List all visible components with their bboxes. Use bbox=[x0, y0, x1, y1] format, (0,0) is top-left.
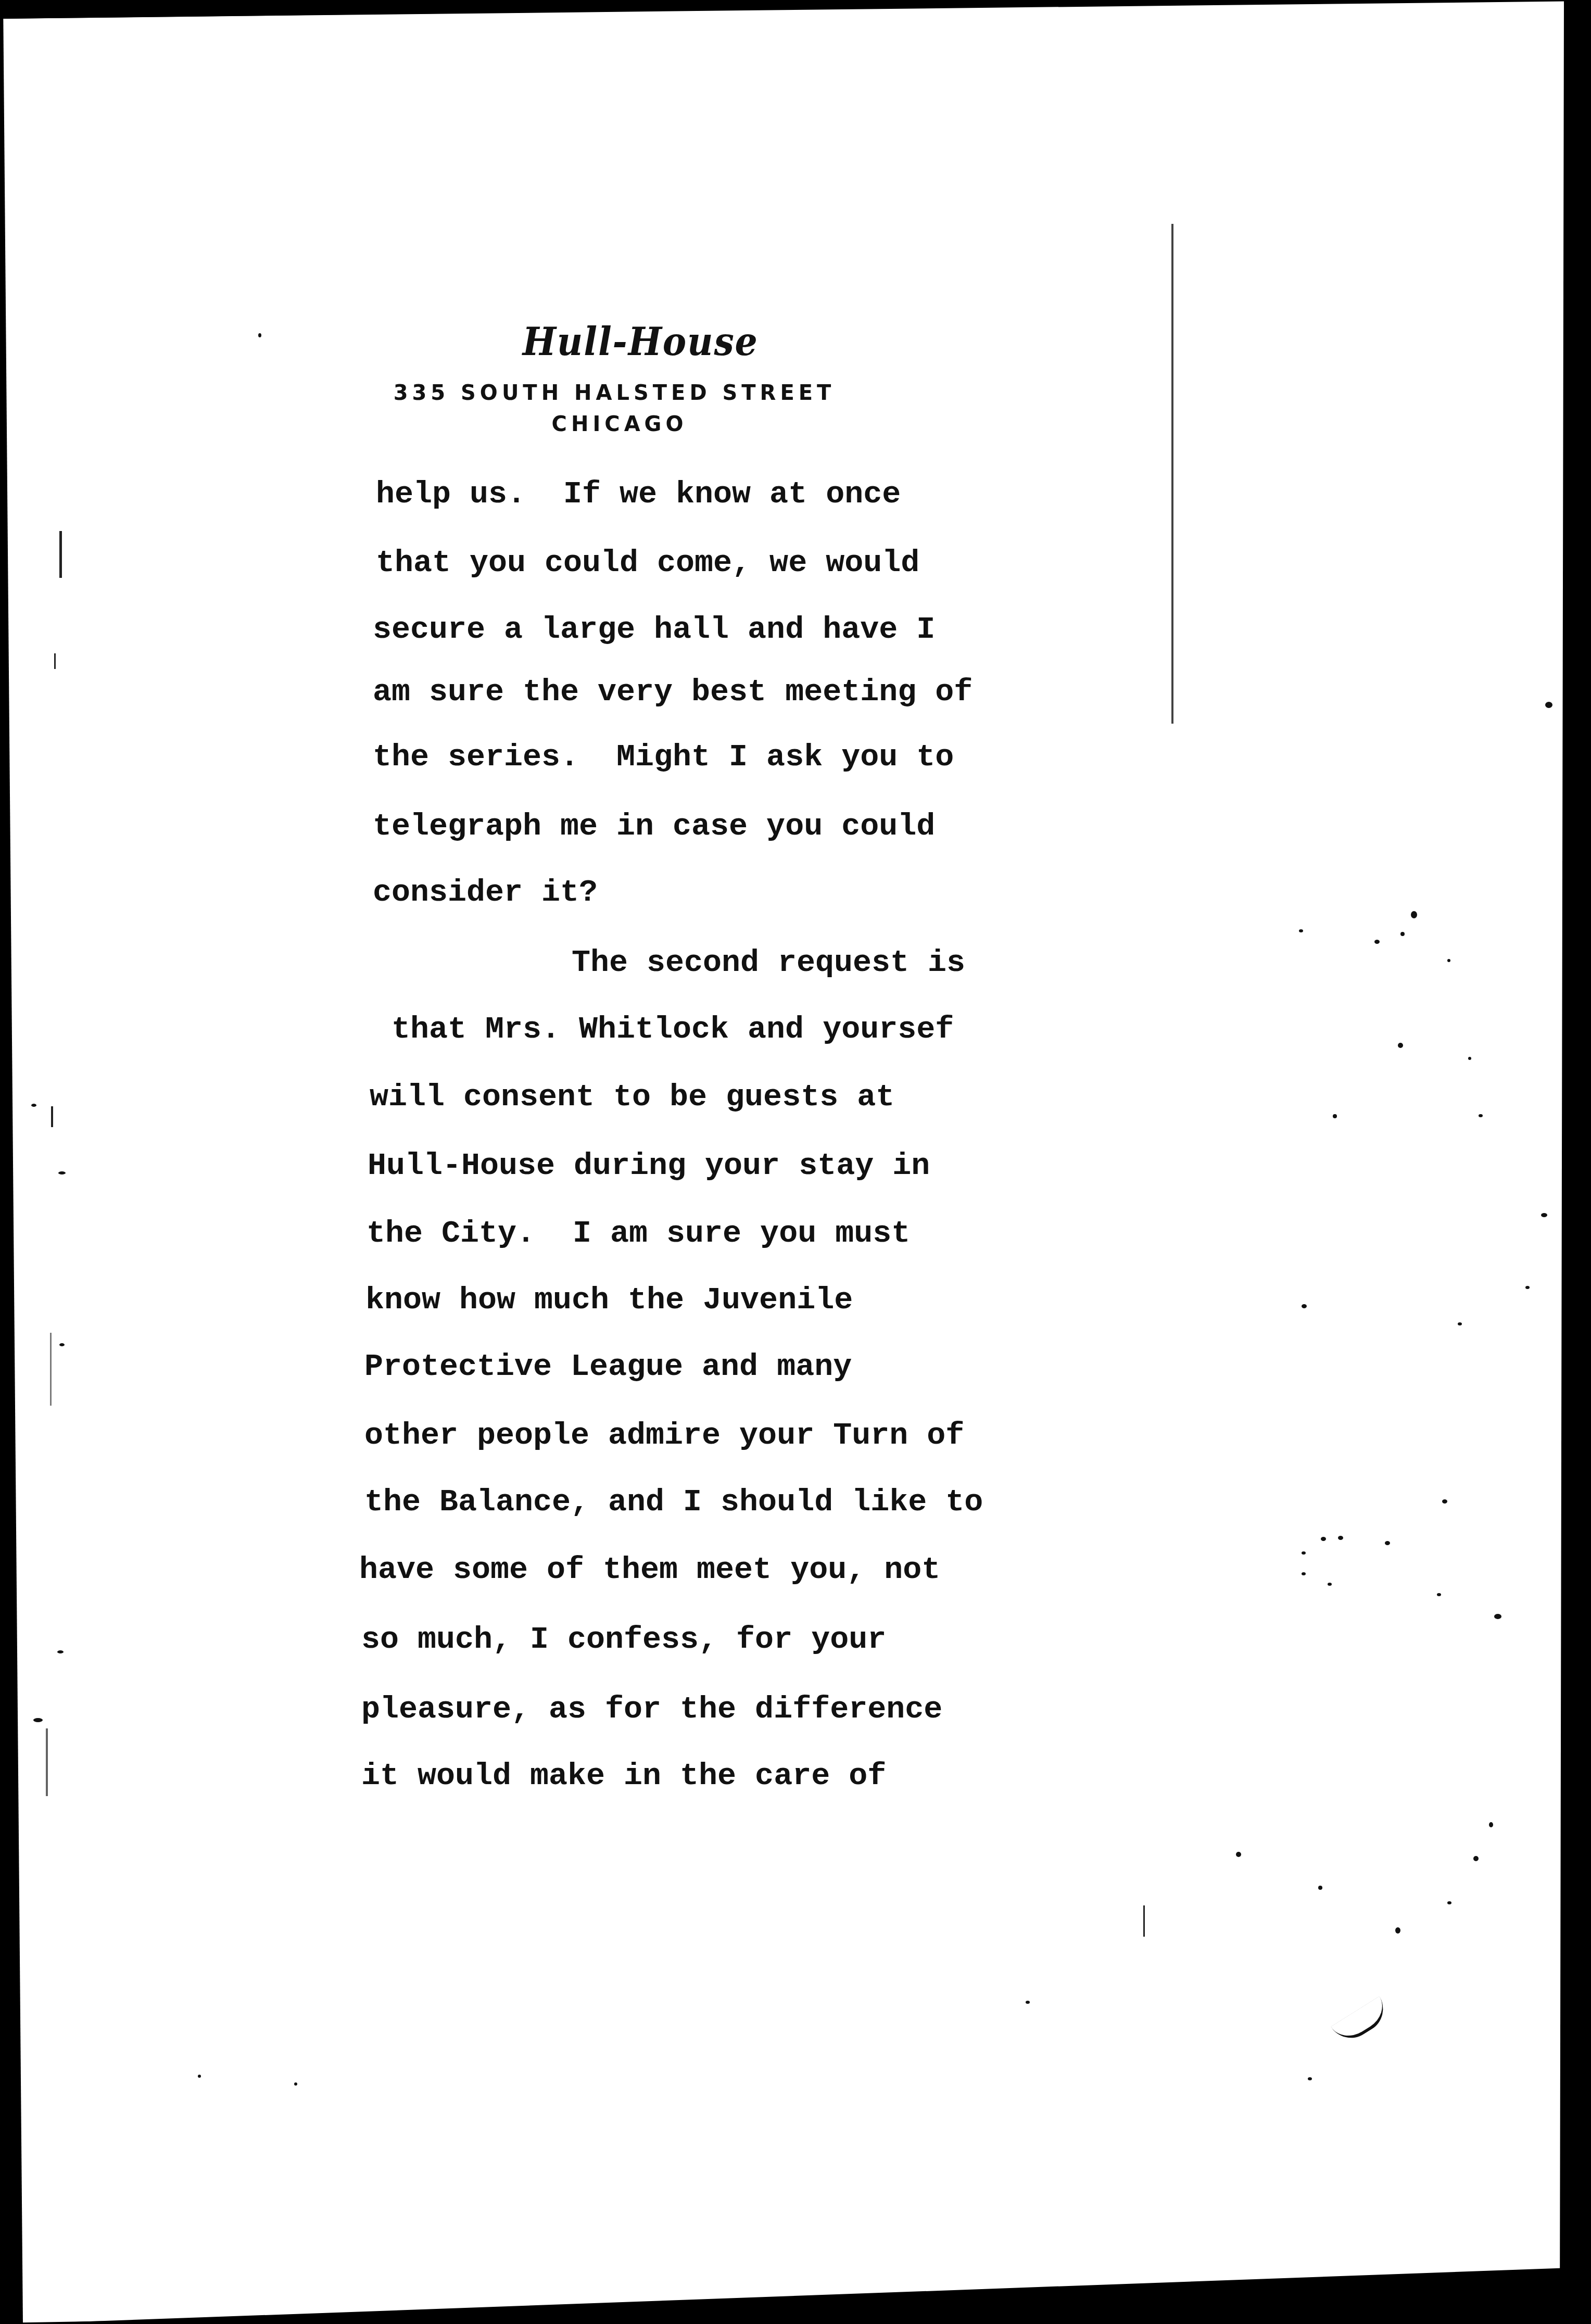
scan-speck bbox=[1302, 1304, 1307, 1308]
letter-line: the series. Might I ask you to bbox=[373, 742, 954, 773]
scan-speck bbox=[1468, 1057, 1471, 1060]
scan-speck bbox=[1321, 1537, 1326, 1541]
scan-speck bbox=[1338, 1536, 1343, 1540]
scan-speck bbox=[1374, 940, 1380, 944]
scan-speck bbox=[1447, 1901, 1451, 1904]
scan-speck bbox=[258, 333, 261, 337]
scan-speck bbox=[1236, 1852, 1241, 1857]
letter-line: am sure the very best meeting of bbox=[373, 677, 973, 708]
scan-speck bbox=[1318, 1886, 1322, 1890]
letter-line: pleasure, as for the difference bbox=[361, 1694, 942, 1725]
scan-speck bbox=[1447, 959, 1450, 962]
letter-line: will consent to be guests at bbox=[370, 1082, 894, 1113]
scan-speck bbox=[1400, 932, 1405, 936]
scan-speck bbox=[1333, 1114, 1337, 1118]
letter-line: that Mrs. Whitlock and yoursef bbox=[392, 1014, 954, 1045]
letter-line: it would make in the care of bbox=[361, 1761, 886, 1792]
scan-speck bbox=[31, 1104, 36, 1107]
scan-speck bbox=[1026, 2001, 1030, 2004]
scan-speck bbox=[1541, 1213, 1547, 1217]
scan-speck bbox=[57, 1650, 64, 1653]
scan-speck bbox=[1442, 1499, 1447, 1504]
scan-speck bbox=[294, 2082, 297, 2086]
scan-speck bbox=[1489, 1822, 1493, 1827]
letter-body: help us. If we know at once that you cou… bbox=[0, 0, 1591, 2324]
letter-line: secure a large hall and have I bbox=[373, 614, 935, 646]
scan-speck bbox=[1328, 1583, 1332, 1586]
scan-speck bbox=[1385, 1541, 1390, 1545]
scan-speck bbox=[1473, 1856, 1479, 1861]
scan-speck bbox=[1479, 1114, 1483, 1117]
letter-line: the Balance, and I should like to bbox=[364, 1487, 983, 1518]
scan-speck bbox=[1411, 911, 1417, 918]
scan-speck bbox=[58, 1171, 66, 1174]
letter-line: that you could come, we would bbox=[376, 548, 919, 579]
scan-speck bbox=[1525, 1286, 1530, 1289]
scan-speck bbox=[1395, 1927, 1400, 1934]
scan-speck bbox=[198, 2075, 201, 2078]
letter-line: know how much the Juvenile bbox=[365, 1285, 853, 1316]
letter-line: Hull-House during your stay in bbox=[368, 1151, 930, 1182]
scan-speck bbox=[1437, 1593, 1441, 1596]
letter-line: The second request is bbox=[572, 948, 965, 979]
scan-speck bbox=[1545, 702, 1552, 708]
scan-speck bbox=[1494, 1614, 1501, 1619]
scan-speck bbox=[59, 1343, 65, 1346]
letter-line: the City. I am sure you must bbox=[367, 1218, 910, 1249]
scan-speck bbox=[1302, 1551, 1306, 1555]
letter-line: help us. If we know at once bbox=[376, 479, 901, 510]
scan-speck bbox=[1398, 1043, 1403, 1048]
letter-line: other people admire your Turn of bbox=[364, 1420, 964, 1451]
letter-line: Protective League and many bbox=[364, 1352, 852, 1383]
scan-speck bbox=[33, 1718, 43, 1722]
letter-line: consider it? bbox=[373, 877, 598, 908]
scan-speck bbox=[1458, 1322, 1462, 1325]
letter-line: so much, I confess, for your bbox=[361, 1624, 886, 1656]
letter-line: telegraph me in case you could bbox=[373, 811, 935, 842]
scan-speck bbox=[1299, 929, 1303, 932]
letter-line: have some of them meet you, not bbox=[359, 1555, 940, 1586]
scan-speck bbox=[1302, 1572, 1306, 1575]
scan-speck bbox=[1308, 2077, 1312, 2080]
